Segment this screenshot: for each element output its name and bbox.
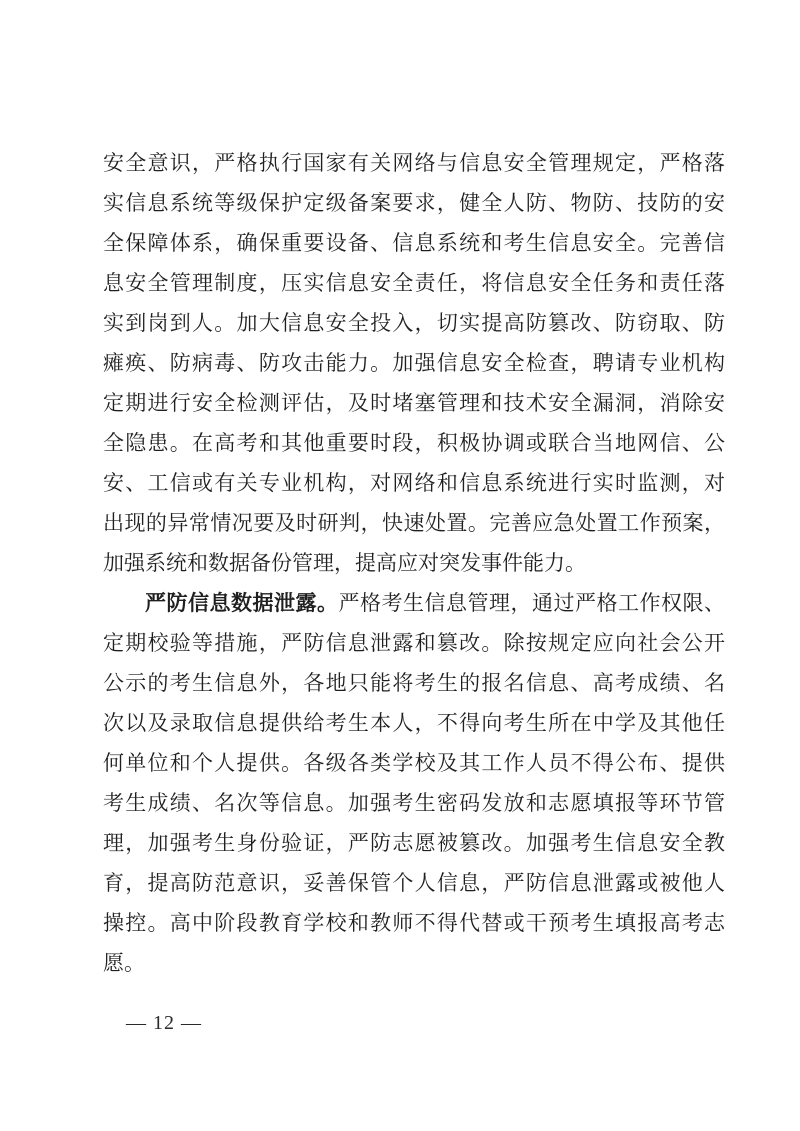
paragraph-1: 安全意识，严格执行国家有关网络与信息安全管理规定，严格落实信息系统等级保护定级备… <box>103 143 725 583</box>
text-line: 理，加强考生身份验证，严防志愿被篡改。加强考生信息安全教 <box>103 823 725 863</box>
text-line: 育，提高防范意识，妥善保管个人信息，严防信息泄露或被他人 <box>103 863 725 903</box>
text-line: 出现的异常情况要及时研判，快速处置。完善应急处置工作预案， <box>103 503 725 543</box>
text-line: 次以及录取信息提供给考生本人，不得向考生所在中学及其他任 <box>103 703 725 743</box>
paragraph-2-lines: 定期校验等措施，严防信息泄露和篡改。除按规定应向社会公开公示的考生信息外，各地只… <box>103 623 725 983</box>
text-line: 愿。 <box>103 943 725 983</box>
paragraph-2-lead-phrase: 严防信息数据泄露。 <box>145 591 339 615</box>
paragraph-2-first-line: 严防信息数据泄露。严格考生信息管理，通过严格工作权限、 <box>103 583 725 623</box>
document-page: 安全意识，严格执行国家有关网络与信息安全管理规定，严格落实信息系统等级保护定级备… <box>0 0 800 1131</box>
text-line: 安全意识，严格执行国家有关网络与信息安全管理规定，严格落 <box>103 143 725 183</box>
text-line: 瘫痪、防病毒、防攻击能力。加强信息安全检查，聘请专业机构 <box>103 343 725 383</box>
text-line: 定期进行安全检测评估，及时堵塞管理和技术安全漏洞，消除安 <box>103 383 725 423</box>
page-number: — 12 — <box>126 1010 202 1036</box>
text-line: 安、工信或有关专业机构，对网络和信息系统进行实时监测，对 <box>103 463 725 503</box>
text-line: 操控。高中阶段教育学校和教师不得代替或干预考生填报高考志 <box>103 903 725 943</box>
text-line: 实信息系统等级保护定级备案要求，健全人防、物防、技防的安 <box>103 183 725 223</box>
text-line: 公示的考生信息外，各地只能将考生的报名信息、高考成绩、名 <box>103 663 725 703</box>
text-line: 考生成绩、名次等信息。加强考生密码发放和志愿填报等环节管 <box>103 783 725 823</box>
text-line: 全隐患。在高考和其他重要时段，积极协调或联合当地网信、公 <box>103 423 725 463</box>
body-text: 安全意识，严格执行国家有关网络与信息安全管理规定，严格落实信息系统等级保护定级备… <box>103 143 725 983</box>
text-line: 实到岗到人。加大信息安全投入，切实提高防篡改、防窃取、防 <box>103 303 725 343</box>
text-line: 定期校验等措施，严防信息泄露和篡改。除按规定应向社会公开 <box>103 623 725 663</box>
paragraph-2: 严防信息数据泄露。严格考生信息管理，通过严格工作权限、 定期校验等措施，严防信息… <box>103 583 725 983</box>
text-line: 全保障体系，确保重要设备、信息系统和考生信息安全。完善信 <box>103 223 725 263</box>
text-line: 息安全管理制度，压实信息安全责任，将信息安全任务和责任落 <box>103 263 725 303</box>
paragraph-2-first-line-rest: 严格考生信息管理，通过严格工作权限、 <box>339 591 726 615</box>
text-line: 何单位和个人提供。各级各类学校及其工作人员不得公布、提供 <box>103 743 725 783</box>
text-line: 加强系统和数据备份管理，提高应对突发事件能力。 <box>103 543 725 583</box>
